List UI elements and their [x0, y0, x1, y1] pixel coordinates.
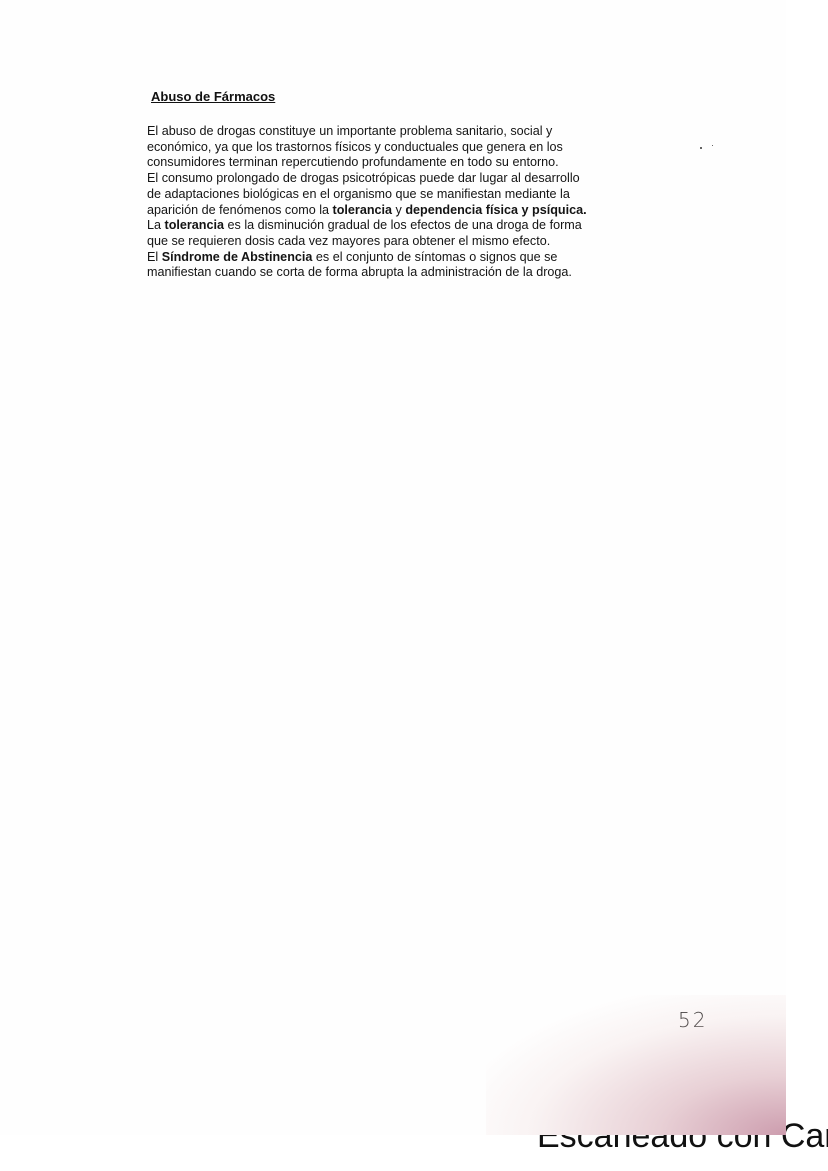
- text-run: de adaptaciones biológicas en el organis…: [147, 187, 570, 201]
- body-line: manifiestan cuando se corta de forma abr…: [147, 265, 707, 281]
- document-title: Abuso de Fármacos: [151, 89, 275, 104]
- body-line: consumidores terminan repercutiendo prof…: [147, 155, 707, 171]
- body-line: El Síndrome de Abstinencia es el conjunt…: [147, 250, 707, 266]
- body-line: que se requieren dosis cada vez mayores …: [147, 234, 707, 250]
- scan-speck: [700, 147, 702, 149]
- text-run: El consumo prolongado de drogas psicotró…: [147, 171, 580, 185]
- scan-speck: [712, 145, 713, 146]
- body-line: El consumo prolongado de drogas psicotró…: [147, 171, 707, 187]
- text-run: es la disminución gradual de los efectos…: [224, 218, 582, 232]
- text-run: es el conjunto de síntomas o signos que …: [312, 250, 557, 264]
- text-run: La: [147, 218, 165, 232]
- text-run: El abuso de drogas constituye un importa…: [147, 124, 552, 138]
- bold-term: tolerancia: [165, 218, 225, 232]
- scanned-page: Abuso de Fármacos El abuso de drogas con…: [0, 0, 786, 1135]
- text-run: que se requieren dosis cada vez mayores …: [147, 234, 550, 248]
- body-line: económico, ya que los trastornos físicos…: [147, 140, 707, 156]
- text-run: consumidores terminan repercutiendo prof…: [147, 155, 559, 169]
- body-line: El abuso de drogas constituye un importa…: [147, 124, 707, 140]
- handwritten-page-number: 52: [678, 1008, 707, 1032]
- bold-term: dependencia física y psíquica.: [405, 203, 586, 217]
- body-line: aparición de fenómenos como la toleranci…: [147, 203, 707, 219]
- bold-term: tolerancia: [333, 203, 393, 217]
- body-line: de adaptaciones biológicas en el organis…: [147, 187, 707, 203]
- text-run: manifiestan cuando se corta de forma abr…: [147, 265, 572, 279]
- document-body: El abuso de drogas constituye un importa…: [147, 124, 707, 281]
- body-line: La tolerancia es la disminución gradual …: [147, 218, 707, 234]
- text-run: y: [392, 203, 405, 217]
- bold-term: Síndrome de Abstinencia: [162, 250, 313, 264]
- text-run: aparición de fenómenos como la: [147, 203, 333, 217]
- text-run: económico, ya que los trastornos físicos…: [147, 140, 563, 154]
- text-run: El: [147, 250, 162, 264]
